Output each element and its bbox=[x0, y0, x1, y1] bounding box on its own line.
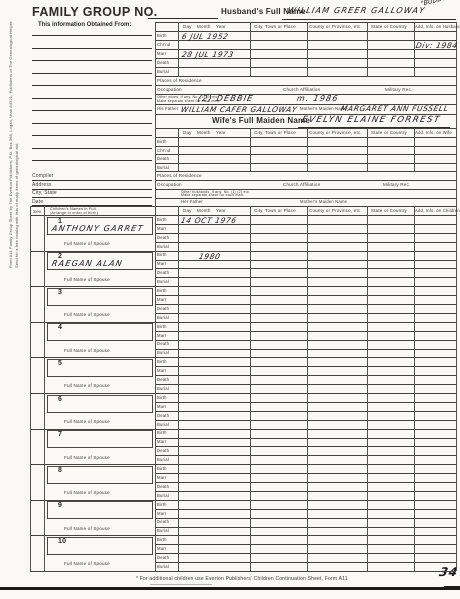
child-row-label: Marr bbox=[157, 511, 166, 516]
child-number: 8 bbox=[58, 467, 62, 474]
grid-rule bbox=[155, 518, 456, 519]
grid-vline bbox=[307, 22, 308, 76]
grid-rule bbox=[155, 114, 456, 115]
grid-rule bbox=[155, 491, 456, 492]
child-row-label: Death bbox=[157, 413, 169, 418]
husband-addinfo-handwriting: Div: 1984 bbox=[415, 41, 459, 50]
obtained-from-label: This information Obtained From: bbox=[38, 22, 131, 28]
grid-vline bbox=[307, 128, 308, 171]
grid-rule bbox=[155, 137, 456, 138]
child-name-box bbox=[47, 288, 153, 306]
child-name-box bbox=[47, 323, 153, 341]
grid-rule bbox=[155, 94, 456, 95]
child-number: 5 bbox=[58, 360, 62, 367]
husband-nickname-handwriting: "BUDDY" bbox=[420, 0, 449, 8]
grid-rule bbox=[155, 171, 456, 172]
child-row-label: Marr bbox=[157, 439, 166, 444]
child-row-label: Death bbox=[157, 555, 169, 560]
grid-rule bbox=[155, 189, 456, 190]
grid-rule bbox=[32, 189, 152, 190]
grid-vline bbox=[307, 206, 308, 571]
col-header-city: City, Town or Place bbox=[254, 130, 296, 135]
child-row-label: Burial bbox=[157, 279, 169, 284]
footer-note: * For additional children use Everton Pu… bbox=[136, 576, 348, 582]
grid-vline bbox=[367, 22, 368, 76]
child-row-label: Birth bbox=[157, 502, 167, 507]
child-name-box bbox=[47, 430, 153, 448]
grid-rule bbox=[155, 411, 456, 412]
grid-rule bbox=[155, 331, 456, 332]
grid-rule bbox=[32, 48, 152, 49]
grid-rule bbox=[155, 76, 456, 77]
husband-row-label: Chr'nd bbox=[157, 42, 170, 47]
wife-mother-maiden-label: Mother's Maiden Name bbox=[300, 199, 347, 204]
husband-name-handwriting: WILLIAM GREER GALLOWAY bbox=[287, 6, 426, 15]
child-row-label: Death bbox=[157, 519, 169, 524]
wife-places-label: Places of Residence bbox=[157, 173, 202, 178]
spouse-label: Full Name of Spouse bbox=[64, 419, 110, 424]
child-name-handwriting: RAEGAN ALAN bbox=[51, 259, 124, 268]
grid-rule bbox=[155, 340, 456, 341]
grid-vline bbox=[367, 128, 368, 171]
wife-row-label: Death bbox=[157, 156, 169, 161]
spouse-label: Full Name of Spouse bbox=[64, 348, 110, 353]
grid-rule bbox=[155, 375, 456, 376]
grid-rule bbox=[155, 67, 456, 68]
grid-rule bbox=[155, 198, 456, 199]
husband-row-label: Marr bbox=[157, 51, 166, 56]
wife-church-label: Church Affiliation bbox=[283, 182, 320, 187]
child-name-box bbox=[47, 395, 153, 413]
family-group-sheet: Form A11 Family Group Sheet by The Evert… bbox=[0, 0, 460, 599]
husband-date-handwriting: 28 JUL 1973 bbox=[181, 50, 235, 59]
child-row-label: Burial bbox=[157, 386, 169, 391]
child-number: 6 bbox=[58, 396, 62, 403]
child-row-label: Marr bbox=[157, 226, 166, 231]
child-row-label: Birth bbox=[157, 288, 167, 293]
child-name-box bbox=[47, 501, 153, 519]
child-row-label: Marr bbox=[157, 297, 166, 302]
grid-rule bbox=[155, 313, 456, 314]
child-row-label: Marr bbox=[157, 261, 166, 266]
child-row-label: Birth bbox=[157, 359, 167, 364]
grid-rule bbox=[155, 509, 456, 510]
grid-rule bbox=[32, 110, 152, 111]
child-row-label: Birth bbox=[157, 466, 167, 471]
spouse-label: Full Name of Spouse bbox=[64, 490, 110, 495]
form-no-underline bbox=[148, 18, 218, 19]
spouse-label: Full Name of Spouse bbox=[64, 241, 110, 246]
grid-vline bbox=[367, 206, 368, 571]
wife-row-label: Chr'nd bbox=[157, 148, 170, 153]
grid-rule bbox=[32, 123, 152, 124]
col-header-addinfo: Add. Info. on Wife bbox=[415, 130, 452, 135]
grid-rule bbox=[155, 304, 456, 305]
col-header-state: State or Country bbox=[371, 24, 407, 29]
child-number: 9 bbox=[58, 502, 62, 509]
child-row-label: Birth bbox=[157, 252, 167, 257]
spouse-label: Full Name of Spouse bbox=[64, 561, 110, 566]
child-name-handwriting: ANTHONY GARRET bbox=[51, 224, 145, 233]
grid-rule bbox=[32, 98, 152, 99]
grid-vline bbox=[456, 22, 457, 571]
child-row-label: Death bbox=[157, 341, 169, 346]
child-row-label: Death bbox=[157, 235, 169, 240]
grid-rule bbox=[155, 277, 456, 278]
husband-row-label: Birth bbox=[157, 33, 167, 38]
child-row-label: Burial bbox=[157, 350, 169, 355]
grid-rule bbox=[155, 384, 456, 385]
child-row-label: Death bbox=[157, 270, 169, 275]
child-row-label: Marr bbox=[157, 368, 166, 373]
child-name-box bbox=[47, 359, 153, 377]
grid-rule bbox=[32, 197, 152, 198]
child-number: 3 bbox=[58, 289, 62, 296]
grid-rule bbox=[155, 146, 456, 147]
grid-rule bbox=[155, 473, 456, 474]
form-title: FAMILY GROUP NO. bbox=[32, 5, 158, 19]
col-header-date: Day Month Year bbox=[183, 24, 226, 29]
grid-rule bbox=[155, 544, 456, 545]
grid-vline bbox=[155, 22, 156, 571]
spouse-label: Full Name of Spouse bbox=[64, 526, 110, 531]
child-row-label: Death bbox=[157, 448, 169, 453]
grid-rule bbox=[155, 154, 456, 155]
grid-rule bbox=[32, 35, 152, 36]
spouse-label: Full Name of Spouse bbox=[64, 455, 110, 460]
grid-vline bbox=[30, 206, 31, 571]
child-row-label: Burial bbox=[157, 422, 169, 427]
her-father-label: Her Father bbox=[181, 199, 203, 204]
child-birth-handwriting: 1980 bbox=[198, 252, 221, 261]
grid-rule bbox=[32, 85, 152, 86]
grid-rule bbox=[155, 455, 456, 456]
grid-rule bbox=[155, 233, 456, 234]
grid-rule bbox=[30, 571, 456, 572]
grid-rule bbox=[32, 135, 152, 136]
spouse-label: Full Name of Spouse bbox=[64, 312, 110, 317]
col-header-date: Day Month Year bbox=[183, 130, 226, 135]
child-row-label: Death bbox=[157, 377, 169, 382]
grid-rule bbox=[155, 242, 456, 243]
grid-rule bbox=[155, 482, 456, 483]
col-header-addinfo: Add. Info. on Husband bbox=[415, 24, 460, 29]
child-row-label: Marr bbox=[157, 546, 166, 551]
husband-church-label: Church Affiliation bbox=[283, 87, 320, 92]
date-label: Date bbox=[32, 199, 43, 205]
scan-edge-line bbox=[0, 587, 460, 590]
child-row-label: Birth bbox=[157, 217, 167, 222]
grid-vline bbox=[250, 128, 251, 171]
child-row-label: Burial bbox=[157, 528, 169, 533]
col-header-state: State or Country bbox=[371, 130, 407, 135]
wife-row-label: Birth bbox=[157, 139, 167, 144]
col-header-county: County or Province, etc. bbox=[309, 208, 362, 213]
grid-rule bbox=[155, 366, 456, 367]
grid-rule bbox=[155, 104, 456, 105]
grid-rule bbox=[155, 295, 456, 296]
husband-places-label: Places of Residence bbox=[157, 78, 202, 83]
his-father-label: His Father bbox=[157, 106, 178, 111]
grid-rule bbox=[32, 180, 152, 181]
grid-rule bbox=[155, 402, 456, 403]
child-name-box bbox=[47, 466, 153, 484]
grid-rule bbox=[155, 553, 456, 554]
child-row-label: Burial bbox=[157, 493, 169, 498]
city-state-label: City, State bbox=[32, 190, 57, 196]
wife-row-label: Burial bbox=[157, 165, 169, 170]
grid-rule bbox=[32, 60, 152, 61]
grid-vline bbox=[250, 206, 251, 571]
child-number: 10 bbox=[58, 538, 66, 545]
wife-military-label: Military Rec. bbox=[383, 182, 410, 187]
scan-smudge bbox=[150, 584, 212, 585]
grid-rule bbox=[155, 562, 456, 563]
grid-vline bbox=[178, 128, 179, 171]
grid-vline bbox=[250, 22, 251, 76]
grid-rule bbox=[155, 85, 456, 86]
grid-rule bbox=[155, 420, 456, 421]
spouse-label: Full Name of Spouse bbox=[64, 277, 110, 282]
publisher-side-note: Form A11 Family Group Sheet by The Evert… bbox=[8, 78, 20, 268]
husband-row-label: Death bbox=[157, 60, 169, 65]
grid-vline bbox=[178, 206, 179, 571]
husband-date-handwriting: 6 JUL 1952 bbox=[181, 32, 229, 41]
col-header-state: State or Country bbox=[371, 208, 407, 213]
grid-rule bbox=[155, 180, 456, 181]
child-row-label: Birth bbox=[157, 537, 167, 542]
grid-vline bbox=[178, 22, 179, 76]
child-number: 7 bbox=[58, 431, 62, 438]
child-row-label: Birth bbox=[157, 324, 167, 329]
col-header-county: County or Province, etc. bbox=[309, 24, 362, 29]
publisher-side-note-line2: Send for a free catalog with lists of ma… bbox=[14, 78, 20, 268]
grid-rule bbox=[155, 268, 456, 269]
grid-rule bbox=[32, 73, 152, 74]
grid-rule bbox=[155, 438, 456, 439]
grid-rule bbox=[32, 160, 152, 161]
grid-vline bbox=[44, 206, 45, 571]
compiler-label: Compiler bbox=[32, 173, 54, 179]
col-header-addinfo: Add. Info. on Children bbox=[415, 208, 460, 213]
scan-edge-blob bbox=[444, 586, 460, 590]
husband-occupation-label: Occupation bbox=[157, 87, 182, 92]
sex-column-header: Sex bbox=[33, 209, 41, 214]
spouse-label: Full Name of Spouse bbox=[64, 383, 110, 388]
child-row-label: Birth bbox=[157, 395, 167, 400]
child-row-label: Birth bbox=[157, 430, 167, 435]
husband-name-underline bbox=[282, 19, 456, 20]
child-row-label: Death bbox=[157, 484, 169, 489]
grid-rule bbox=[32, 148, 152, 149]
child-row-label: Burial bbox=[157, 564, 169, 569]
grid-rule bbox=[155, 446, 456, 447]
child-row-label: Burial bbox=[157, 457, 169, 462]
grid-rule bbox=[155, 527, 456, 528]
child-row-label: Burial bbox=[157, 244, 169, 249]
his-father-handwriting: WILLIAM CAFER GALLOWAY bbox=[180, 105, 298, 114]
col-header-city: City, Town or Place bbox=[254, 208, 296, 213]
wife-name-label: Wife's Full Maiden Name bbox=[212, 116, 310, 125]
wife-name-handwriting: EVELYN ELAINE FORREST bbox=[301, 115, 442, 125]
husband-military-label: Military Rec. bbox=[385, 87, 412, 92]
col-header-city: City, Town or Place bbox=[254, 24, 296, 29]
grid-rule bbox=[155, 163, 456, 164]
husband-row-label: Burial bbox=[157, 69, 169, 74]
address-label: Address bbox=[32, 182, 52, 188]
grid-vline bbox=[414, 206, 415, 571]
child-row-label: Marr bbox=[157, 404, 166, 409]
child-birth-handwriting: 14 OCT 1976 bbox=[180, 216, 238, 225]
grid-rule bbox=[155, 349, 456, 350]
wife-occupation-label: Occupation bbox=[157, 182, 182, 187]
child-row-label: Marr bbox=[157, 475, 166, 480]
child-row-label: Death bbox=[157, 306, 169, 311]
col-header-county: County or Province, etc. bbox=[309, 130, 362, 135]
col-header-date: Day Month Year bbox=[183, 208, 226, 213]
child-row-label: Burial bbox=[157, 315, 169, 320]
child-number: 4 bbox=[58, 324, 62, 331]
child-row-label: Marr bbox=[157, 333, 166, 338]
